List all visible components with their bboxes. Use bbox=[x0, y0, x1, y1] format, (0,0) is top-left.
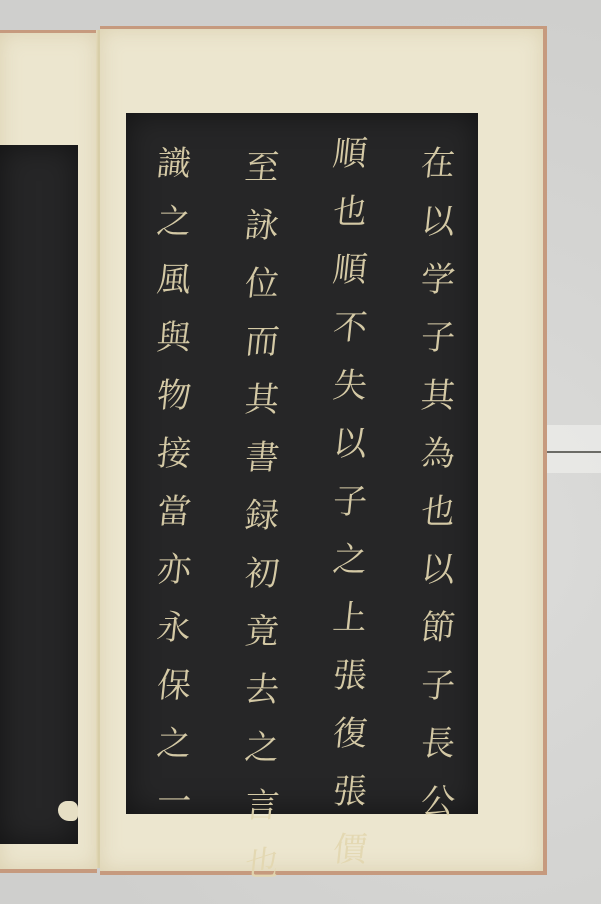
calligraphy-character: 其 bbox=[242, 371, 282, 429]
calligraphy-column-1: 在以学子其為也以節子長公 bbox=[410, 135, 466, 831]
calligraphy-column-4: 識之風與物接當亦永保之一 bbox=[146, 135, 202, 831]
calligraphy-column-2: 順也順不失以子之上張復張價 bbox=[322, 125, 378, 879]
calligraphy-character: 竟 bbox=[242, 603, 282, 661]
paper-chip bbox=[58, 801, 78, 821]
calligraphy-character: 之 bbox=[154, 193, 194, 251]
calligraphy-character: 書 bbox=[242, 429, 282, 487]
calligraphy-character: 言 bbox=[242, 777, 282, 835]
calligraphy-character: 也 bbox=[418, 483, 458, 541]
calligraphy-character: 張 bbox=[330, 763, 370, 821]
calligraphy-character: 以 bbox=[330, 415, 370, 473]
calligraphy-character: 以 bbox=[418, 541, 458, 599]
paper-tab bbox=[547, 425, 601, 473]
calligraphy-character: 順 bbox=[330, 241, 370, 299]
calligraphy-character: 復 bbox=[330, 705, 370, 763]
calligraphy-character: 去 bbox=[242, 661, 282, 719]
calligraphy-character: 亦 bbox=[154, 541, 194, 599]
calligraphy-character: 風 bbox=[154, 251, 194, 309]
calligraphy-character: 位 bbox=[242, 255, 282, 313]
calligraphy-character: 張 bbox=[330, 647, 370, 705]
tab-string bbox=[547, 451, 601, 453]
calligraphy-character: 保 bbox=[154, 657, 194, 715]
calligraphy-character: 録 bbox=[242, 487, 282, 545]
calligraphy-character: 其 bbox=[418, 367, 458, 425]
calligraphy-character: 順 bbox=[330, 125, 370, 183]
right-page: 在以学子其為也以節子長公 順也順不失以子之上張復張價 至詠位而其書録初竟去之言也… bbox=[100, 26, 547, 875]
calligraphy-character: 上 bbox=[330, 589, 370, 647]
calligraphy-character: 長 bbox=[418, 715, 458, 773]
calligraphy-character: 学 bbox=[418, 251, 458, 309]
calligraphy-character: 而 bbox=[242, 313, 282, 371]
calligraphy-character: 也 bbox=[242, 835, 282, 893]
calligraphy-character: 之 bbox=[242, 719, 282, 777]
calligraphy-character: 接 bbox=[154, 425, 194, 483]
calligraphy-character: 價 bbox=[330, 821, 370, 879]
calligraphy-character: 至 bbox=[242, 139, 282, 197]
calligraphy-character: 在 bbox=[418, 135, 458, 193]
calligraphy-character: 為 bbox=[418, 425, 458, 483]
left-page bbox=[0, 30, 97, 873]
right-rubbing-panel: 在以学子其為也以節子長公 順也順不失以子之上張復張價 至詠位而其書録初竟去之言也… bbox=[126, 113, 478, 814]
calligraphy-character: 初 bbox=[242, 545, 282, 603]
calligraphy-character: 子 bbox=[418, 657, 458, 715]
calligraphy-character: 子 bbox=[418, 309, 458, 367]
calligraphy-character: 之 bbox=[154, 715, 194, 773]
calligraphy-character: 之 bbox=[330, 531, 370, 589]
calligraphy-character: 詠 bbox=[242, 197, 282, 255]
calligraphy-character: 與 bbox=[154, 309, 194, 367]
calligraphy-character: 失 bbox=[330, 357, 370, 415]
calligraphy-character: 物 bbox=[154, 367, 194, 425]
calligraphy-character: 一 bbox=[154, 773, 194, 831]
left-rubbing-panel bbox=[0, 145, 78, 844]
calligraphy-character: 識 bbox=[154, 135, 194, 193]
calligraphy-character: 公 bbox=[418, 773, 458, 831]
calligraphy-character: 子 bbox=[330, 473, 370, 531]
calligraphy-character: 以 bbox=[418, 193, 458, 251]
calligraphy-character: 也 bbox=[330, 183, 370, 241]
calligraphy-column-3: 至詠位而其書録初竟去之言也 bbox=[234, 139, 290, 893]
calligraphy-character: 當 bbox=[154, 483, 194, 541]
calligraphy-character: 節 bbox=[418, 599, 458, 657]
calligraphy-character: 不 bbox=[330, 299, 370, 357]
calligraphy-character: 永 bbox=[154, 599, 194, 657]
